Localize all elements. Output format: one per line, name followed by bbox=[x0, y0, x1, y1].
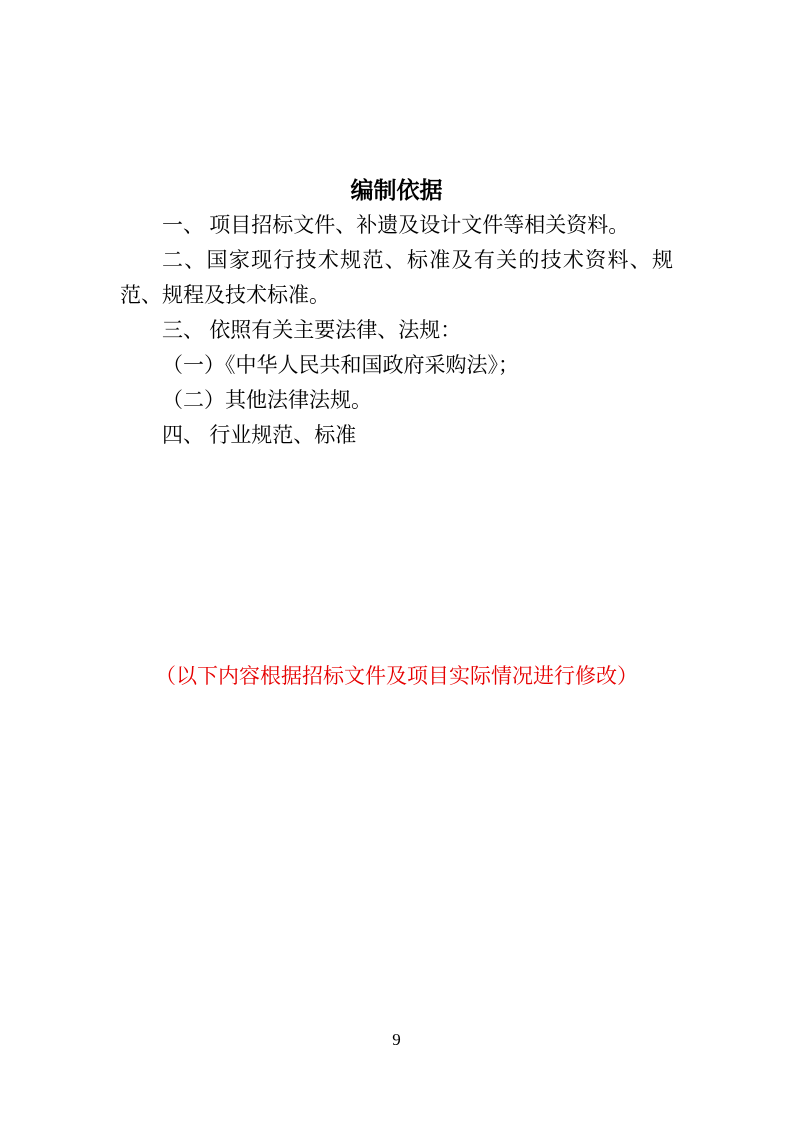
paragraph-item-5: （二）其他法律法规。 bbox=[120, 383, 673, 418]
paragraph-item-1: 一、 项目招标文件、补遗及设计文件等相关资料。 bbox=[120, 208, 673, 243]
paragraph-item-6: 四、 行业规范、标准 bbox=[120, 418, 673, 453]
page-number: 9 bbox=[0, 1029, 793, 1051]
paragraph-item-2: 二、国家现行技术规范、标准及有关的技术资料、规范、规程及技术标准。 bbox=[120, 243, 673, 313]
document-page: 编制依据 一、 项目招标文件、补遗及设计文件等相关资料。 二、国家现行技术规范、… bbox=[0, 0, 793, 1122]
paragraph-item-4: （一）《中华人民共和国政府采购法》； bbox=[120, 348, 673, 383]
document-body: 编制依据 一、 项目招标文件、补遗及设计文件等相关资料。 二、国家现行技术规范、… bbox=[120, 172, 673, 453]
page-title: 编制依据 bbox=[120, 172, 673, 208]
paragraph-item-3: 三、 依照有关主要法律、法规： bbox=[120, 313, 673, 348]
revision-note: （以下内容根据招标文件及项目实际情况进行修改） bbox=[0, 661, 793, 691]
